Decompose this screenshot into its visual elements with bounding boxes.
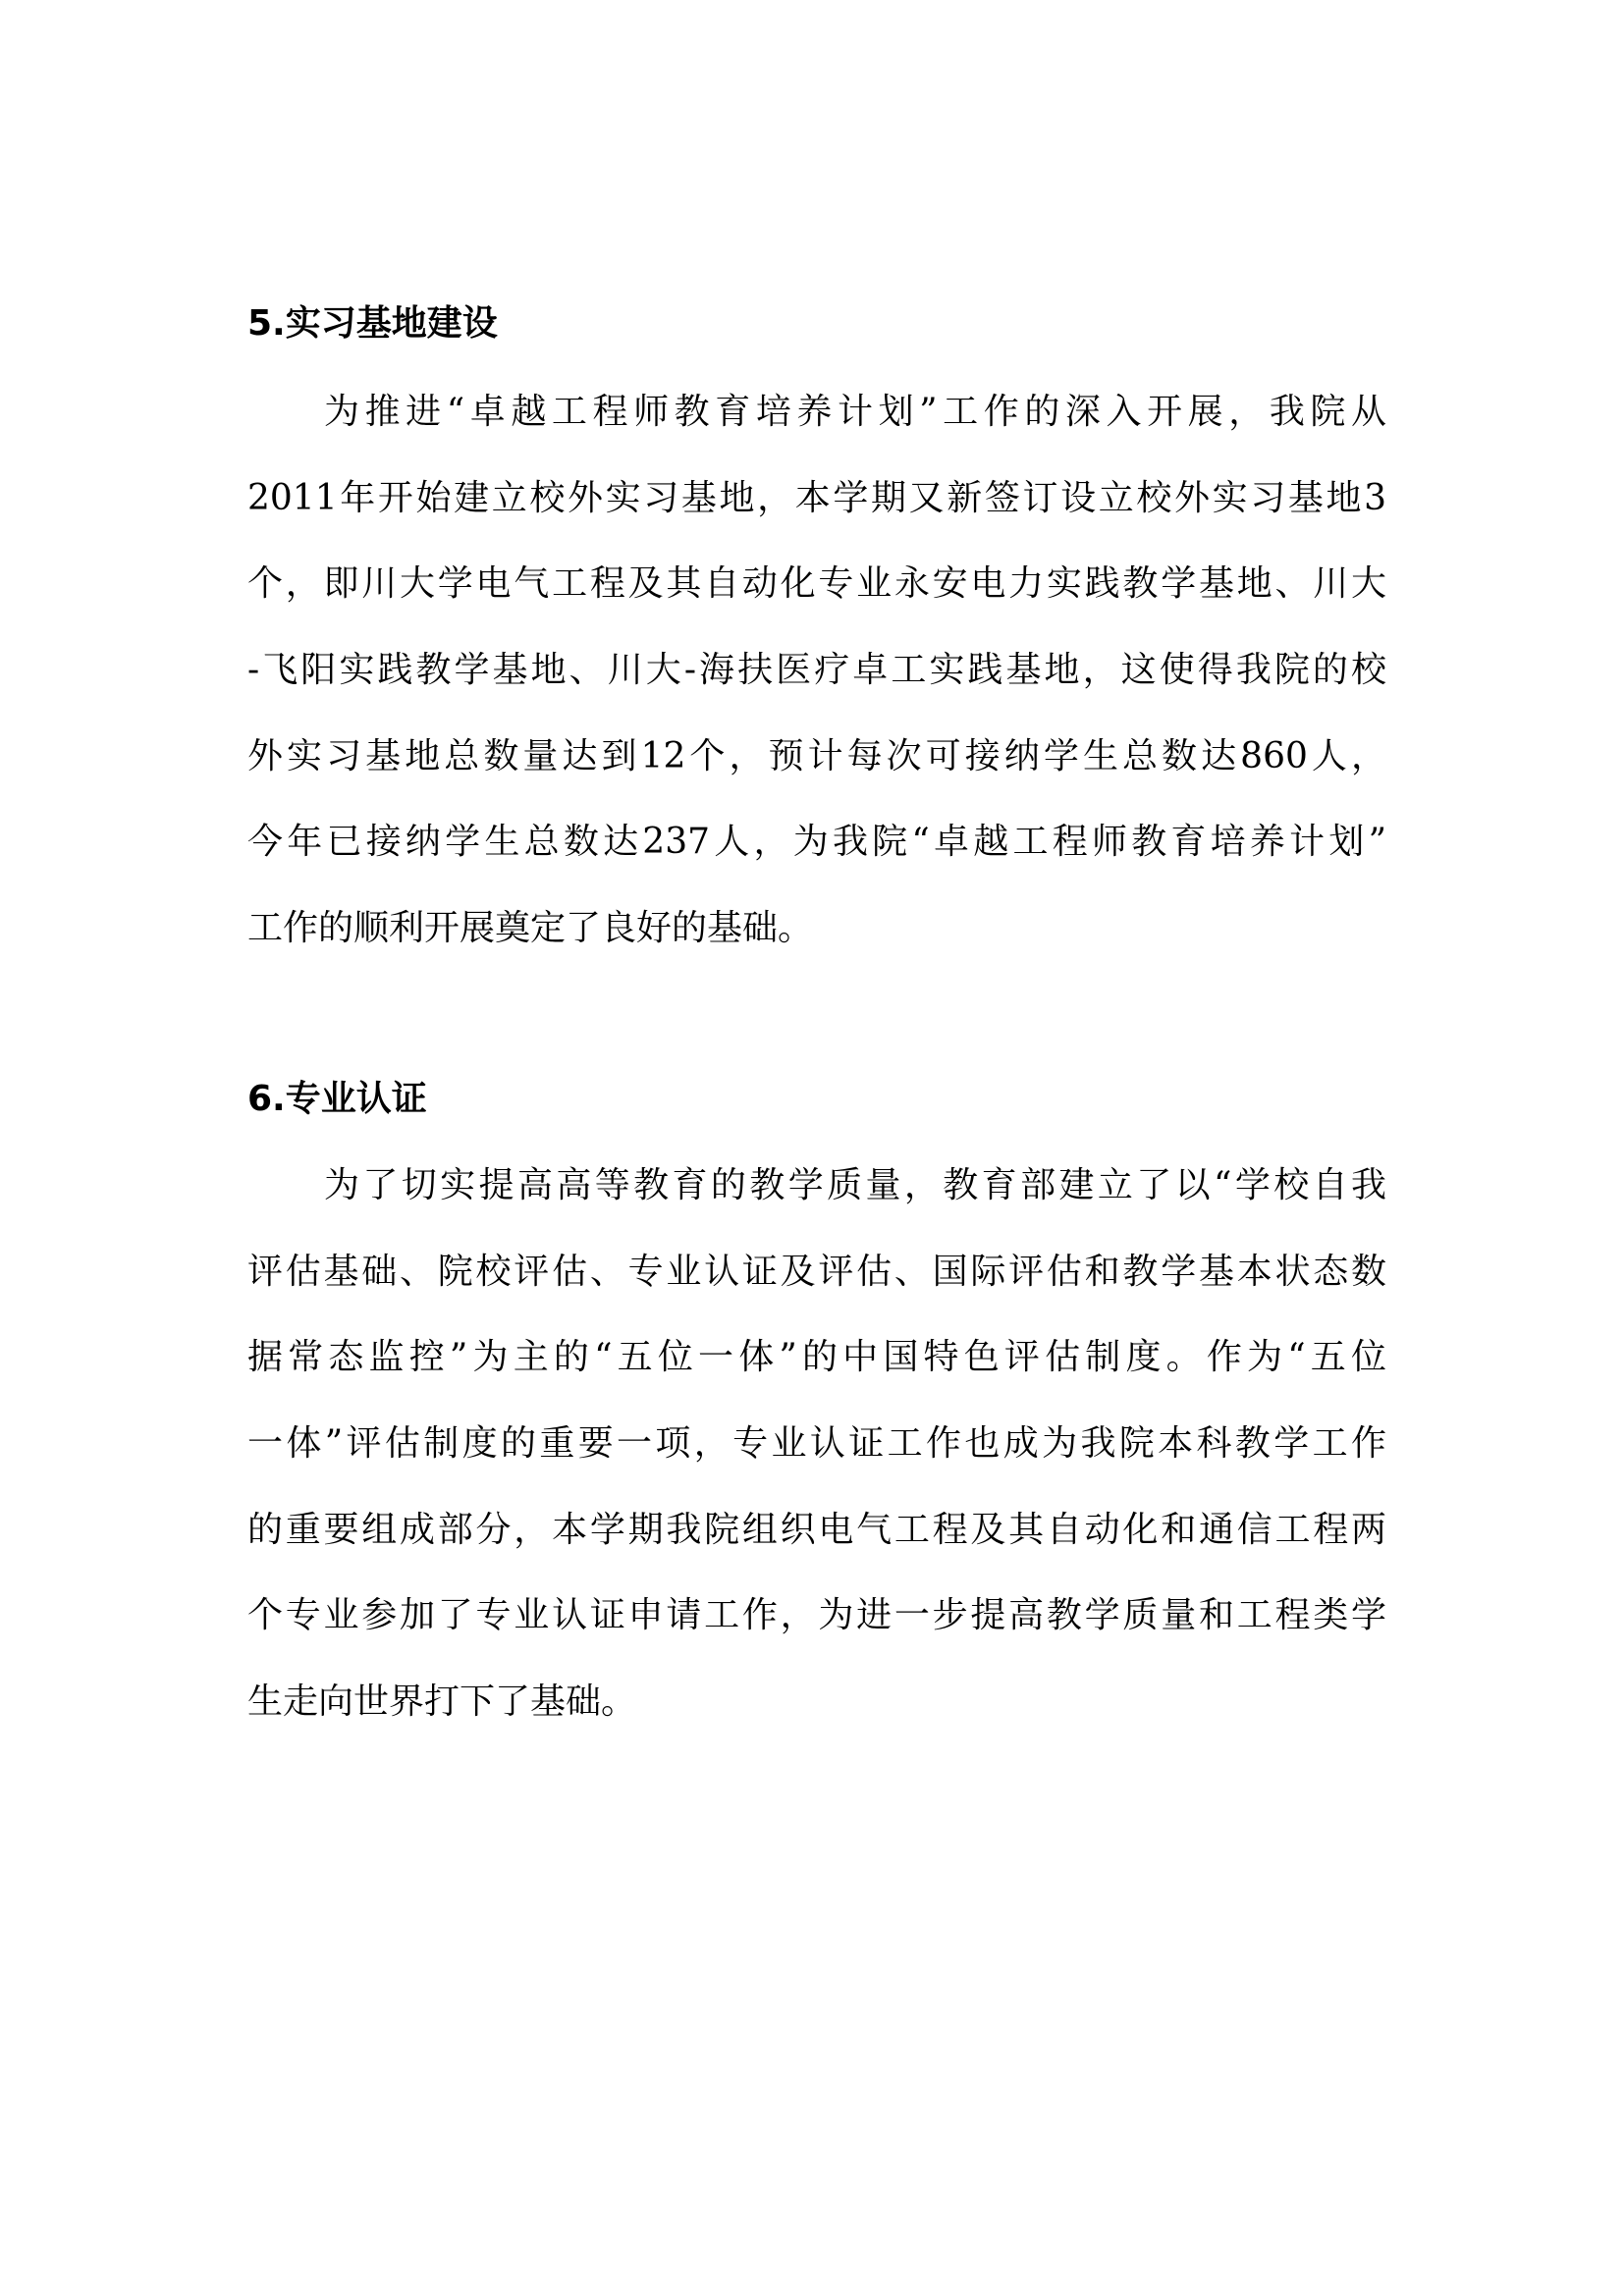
- paragraph-line: 的重要组成部分，本学期我院组织电气工程及其自动化和通信工程两: [247, 1509, 1386, 1552]
- paragraph-line: 个专业参加了专业认证申请工作，为进一步提高教学质量和工程类学: [247, 1594, 1386, 1637]
- paragraph-line: 为推进“卓越工程师教育培养计划”工作的深入开展，我院从: [324, 391, 1386, 434]
- paragraph-line: -飞阳实践教学基地、川大-海扶医疗卓工实践基地，这使得我院的校: [247, 649, 1386, 692]
- paragraph-line: 生走向世界打下了基础。: [247, 1681, 1386, 1724]
- paragraph-line: 为了切实提高高等教育的教学质量，教育部建立了以“学校自我: [324, 1164, 1386, 1207]
- paragraph-line: 个，即川大学电气工程及其自动化专业永安电力实践教学基地、川大: [247, 562, 1386, 606]
- paragraph-line: 今年已接纳学生总数达237人，为我院“卓越工程师教育培养计划”: [247, 821, 1386, 864]
- paragraph-line: 工作的顺利开展奠定了良好的基础。: [247, 907, 1386, 950]
- paragraph-line: 2011年开始建立校外实习基地，本学期又新签订设立校外实习基地3: [247, 477, 1386, 520]
- paragraph-line: 据常态监控”为主的“五位一体”的中国特色评估制度。作为“五位: [247, 1336, 1386, 1379]
- paragraph-line: 外实习基地总数量达到12个，预计每次可接纳学生总数达860人，: [247, 735, 1386, 778]
- document-page: 5.实习基地建设 为推进“卓越工程师教育培养计划”工作的深入开展，我院从 201…: [0, 0, 1624, 2296]
- section-heading-internship-bases: 5.实习基地建设: [247, 302, 498, 346]
- paragraph-line: 评估基础、院校评估、专业认证及评估、国际评估和教学基本状态数: [247, 1251, 1386, 1294]
- paragraph-line: 一体”评估制度的重要一项，专业认证工作也成为我院本科教学工作: [247, 1422, 1386, 1466]
- section-heading-accreditation: 6.专业认证: [247, 1078, 427, 1121]
